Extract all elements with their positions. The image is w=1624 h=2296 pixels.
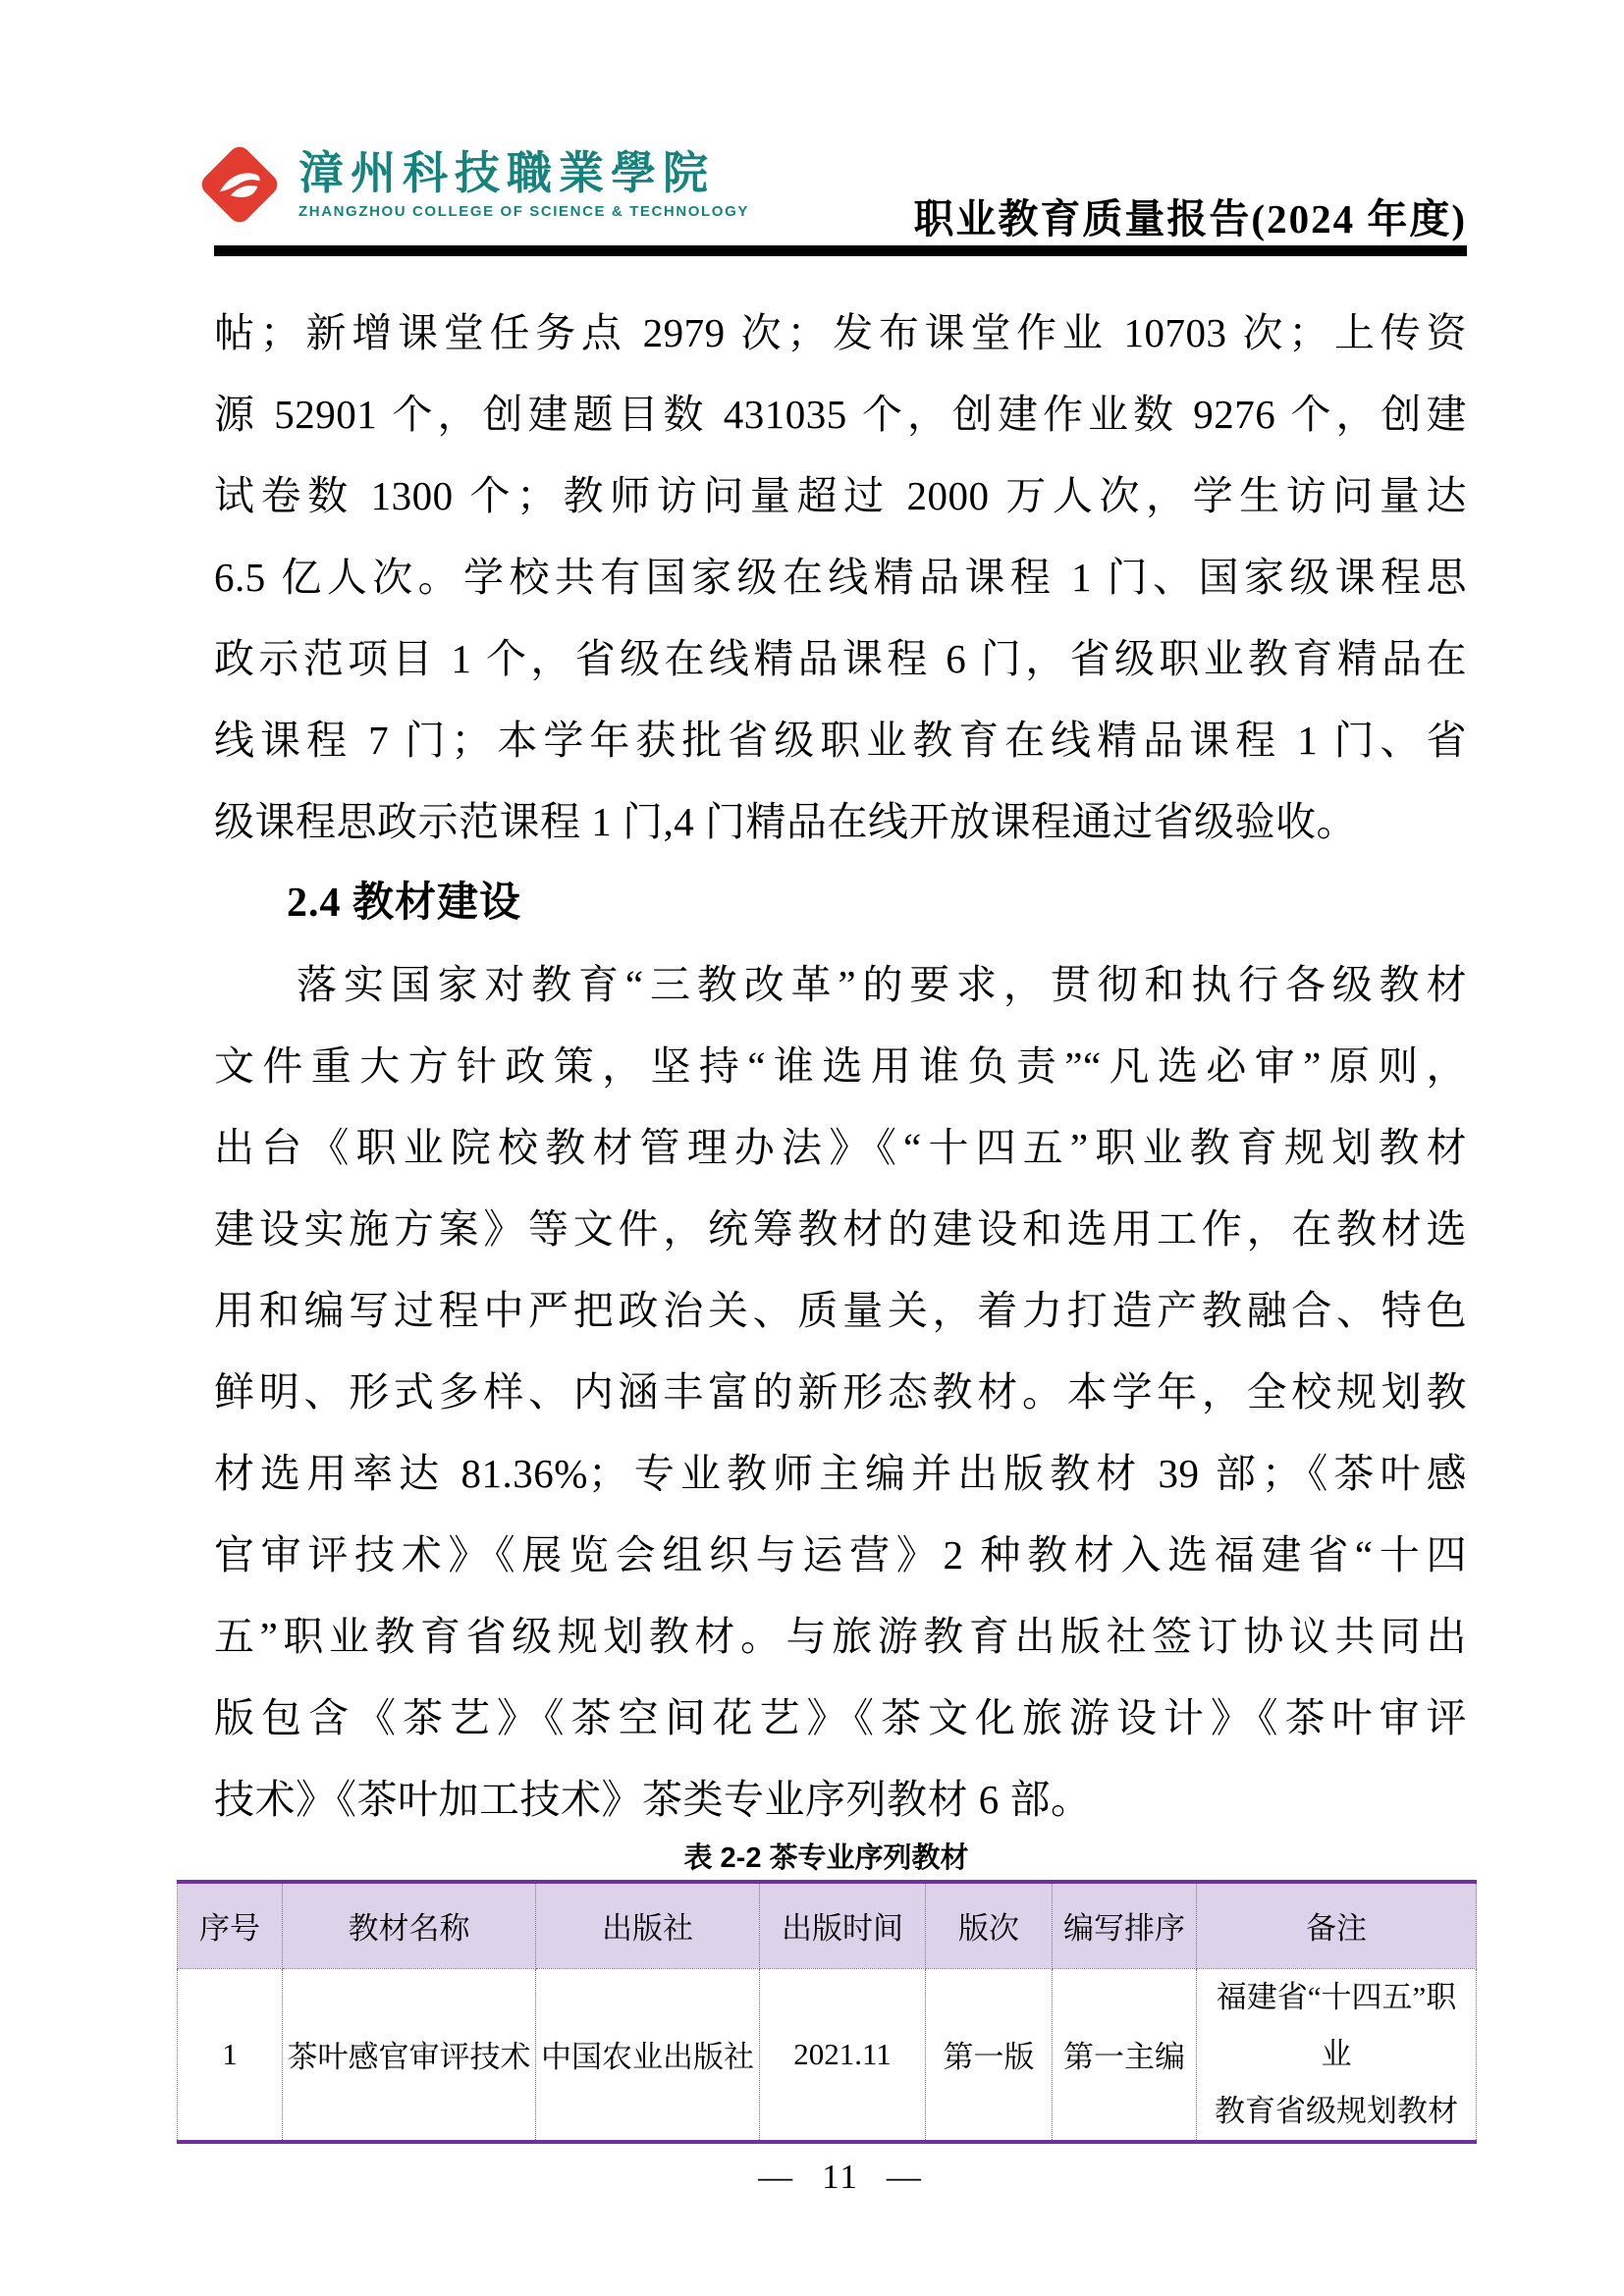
cell-author-order: 第一主编 <box>1053 1968 1197 2142</box>
school-logo-icon <box>194 139 285 230</box>
body-line: 技术》《茶叶加工技术》茶类专业序列教材 6 部。 <box>214 1759 1467 1841</box>
body-line: 版包含《茶艺》《茶空间花艺》《茶文化旅游设计》《茶叶审评 <box>214 1678 1467 1759</box>
cell-index: 1 <box>178 1968 283 2142</box>
col-header-note: 备注 <box>1197 1882 1477 1968</box>
body-line: 6.5 亿人次。学校共有国家级在线精品课程 1 门、国家级课程思 <box>214 537 1467 618</box>
body-line: 源 52901 个，创建题目数 431035 个，创建作业数 9276 个，创建 <box>214 374 1467 455</box>
body-line: 出台《职业院校教材管理办法》《“十四五”职业教育规划教材 <box>214 1107 1467 1189</box>
cell-publisher: 中国农业出版社 <box>536 1968 760 2142</box>
page-number: 11 <box>822 2158 859 2196</box>
table-row: 1 茶叶感官审评技术 中国农业出版社 2021.11 第一版 第一主编 福建省“… <box>178 1968 1477 2142</box>
body-line: 线课程 7 门；本学年获批省级职业教育在线精品课程 1 门、省 <box>214 700 1467 781</box>
table-header-row: 序号 教材名称 出版社 出版时间 版次 编写排序 备注 <box>178 1882 1477 1968</box>
document-page: 漳州科技職業學院 ZHANGZHOU COLLEGE OF SCIENCE & … <box>0 0 1624 2296</box>
cell-note: 福建省“十四五”职业 教育省级规划教材 <box>1197 1968 1477 2142</box>
cell-name: 茶叶感官审评技术 <box>283 1968 536 2142</box>
page-content: 帖；新增课堂任务点 2979 次；发布课堂作业 10703 次；上传资 源 52… <box>214 293 1467 2197</box>
col-header-edition: 版次 <box>926 1882 1053 1968</box>
school-name-zh: 漳州科技職業學院 <box>298 146 749 201</box>
col-header-name: 教材名称 <box>283 1882 536 1968</box>
header-rule <box>214 245 1467 256</box>
body-line: 用和编写过程中严把政治关、质量关，着力打造产教融合、特色 <box>214 1270 1467 1352</box>
tea-textbook-table: 序号 教材名称 出版社 出版时间 版次 编写排序 备注 1 茶叶感官审评技术 中… <box>177 1880 1477 2144</box>
col-header-author-order: 编写排序 <box>1053 1882 1197 1968</box>
report-title: 职业教育质量报告(2024 年度) <box>913 187 1467 244</box>
body-line: 五”职业教育省级规划教材。与旅游教育出版社签订协议共同出 <box>214 1596 1467 1678</box>
school-name-en: ZHANGZHOU COLLEGE OF SCIENCE & TECHNOLOG… <box>298 201 749 223</box>
body-line: 帖；新增课堂任务点 2979 次；发布课堂作业 10703 次；上传资 <box>214 293 1467 374</box>
body-line: 政示范项目 1 个，省级在线精品课程 6 门，省级职业教育精品在 <box>214 618 1467 700</box>
col-header-publisher: 出版社 <box>536 1882 760 1968</box>
body-line: 鲜明、形式多样、内涵丰富的新形态教材。本学年，全校规划教 <box>214 1352 1467 1433</box>
page-footer: —11— <box>214 2158 1467 2197</box>
note-line-1: 福建省“十四五”职业 <box>1209 1969 1464 2083</box>
cell-edition: 第一版 <box>926 1968 1053 2142</box>
body-line: 材选用率达 81.36%；专业教师主编并出版教材 39 部；《茶叶感 <box>214 1433 1467 1515</box>
body-line: 级课程思政示范课程 1 门,4 门精品在线开放课程通过省级验收。 <box>214 781 1467 863</box>
cell-date: 2021.11 <box>760 1968 926 2142</box>
school-name: 漳州科技職業學院 ZHANGZHOU COLLEGE OF SCIENCE & … <box>298 146 749 223</box>
body-line: 落实国家对教育“三教改革”的要求，贯彻和执行各级教材 <box>214 944 1467 1026</box>
section-heading: 2.4 教材建设 <box>214 863 1467 944</box>
footer-dash-left: — <box>731 2158 822 2196</box>
col-header-index: 序号 <box>178 1882 283 1968</box>
body-line: 建设实施方案》等文件，统筹教材的建设和选用工作，在教材选 <box>214 1189 1467 1270</box>
footer-dash-right: — <box>859 2158 950 2196</box>
table-caption: 表 2-2 茶专业序列教材 <box>177 1841 1476 1880</box>
col-header-date: 出版时间 <box>760 1882 926 1968</box>
body-line: 官审评技术》《展览会组织与运营》2 种教材入选福建省“十四 <box>214 1515 1467 1596</box>
body-line: 试卷数 1300 个；教师访问量超过 2000 万人次，学生访问量达 <box>214 455 1467 537</box>
school-logo: 漳州科技職業學院 ZHANGZHOU COLLEGE OF SCIENCE & … <box>194 139 749 230</box>
note-line-2: 教育省级规划教材 <box>1209 2083 1464 2140</box>
body-line: 文件重大方针政策，坚持“谁选用谁负责”“凡选必审”原则， <box>214 1026 1467 1107</box>
